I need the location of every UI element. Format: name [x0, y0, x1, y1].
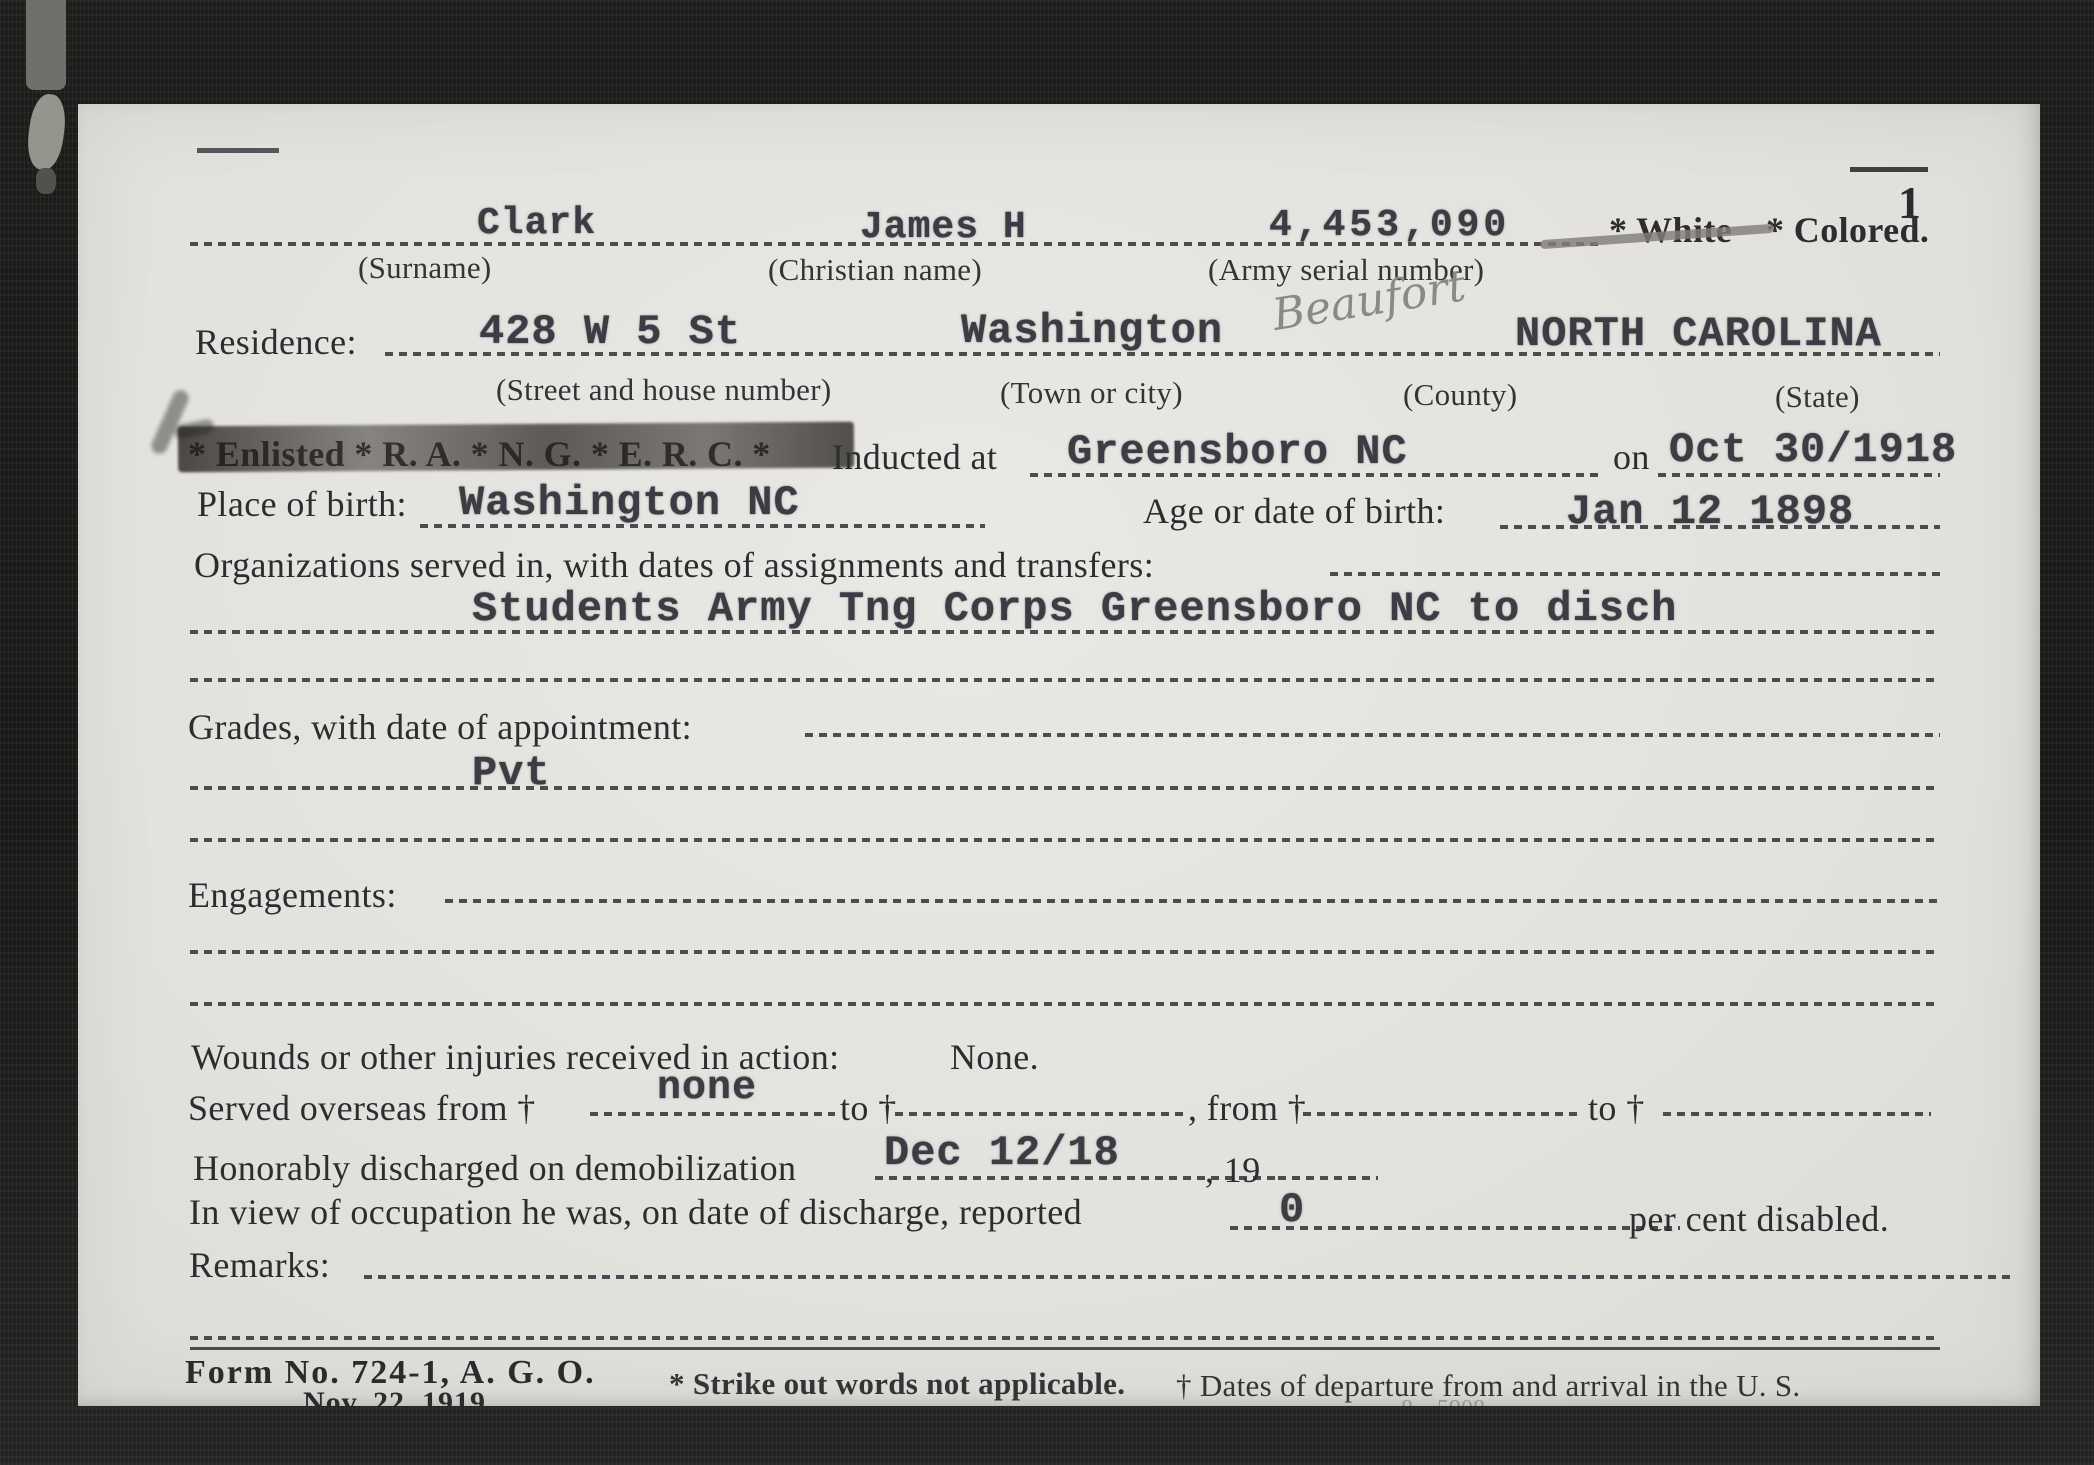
- dotted-rule: [190, 1336, 1940, 1340]
- surname-value: Clark: [477, 202, 596, 245]
- dotted-rule: [364, 1275, 2014, 1279]
- scanned-service-card-viewer: 1 Clark James H 4,453,090 * White * Colo…: [0, 0, 2094, 1465]
- crop-mark: [197, 148, 279, 153]
- christian-name-label: (Christian name): [768, 252, 982, 288]
- dotted-rule: [895, 1112, 1188, 1116]
- organizations-label: Organizations served in, with dates of a…: [194, 544, 1154, 586]
- induction-date-value: Oct 30/1918: [1669, 426, 1957, 474]
- surname-label: (Surname): [358, 250, 492, 286]
- edge-patch: [26, 0, 66, 90]
- grade-entry: Pvt: [472, 749, 551, 797]
- enlistment-blackout-mark: [178, 422, 854, 473]
- place-of-birth-label: Place of birth:: [197, 483, 407, 525]
- dotted-rule: [190, 786, 1940, 790]
- disability-percent-value: 0: [1279, 1186, 1305, 1234]
- dotted-rule: [590, 1112, 835, 1116]
- town-value: Washington: [961, 307, 1223, 355]
- state-label: (State): [1775, 379, 1860, 415]
- birth-date-value: Jan 12 1898: [1566, 488, 1854, 536]
- overseas-to1-label: to †: [840, 1087, 897, 1129]
- dotted-rule: [1278, 1176, 1378, 1180]
- disability-suffix-label: per cent disabled.: [1629, 1198, 1889, 1240]
- dagger-footnote: † Dates of departure from and arrival in…: [1176, 1368, 1800, 1404]
- dotted-rule: [1303, 1112, 1581, 1116]
- overseas-to2-label: to †: [1588, 1087, 1645, 1129]
- overseas-label: Served overseas from †: [188, 1087, 536, 1129]
- footer-rule: [190, 1347, 1940, 1350]
- organizations-entry: Students Army Tng Corps Greensboro NC to…: [472, 585, 1677, 633]
- print-code: 8—5908: [1401, 1396, 1485, 1406]
- street-label: (Street and house number): [496, 372, 831, 408]
- state-value: NORTH CAROLINA: [1515, 310, 1882, 358]
- street-value: 428 W 5 St: [479, 308, 741, 356]
- serial-number-value: 4,453,090: [1269, 204, 1510, 247]
- disability-label: In view of occupation he was, on date of…: [189, 1191, 1082, 1233]
- service-record-card: 1 Clark James H 4,453,090 * White * Colo…: [78, 104, 2040, 1406]
- grades-label: Grades, with date of appointment:: [188, 706, 692, 748]
- dotted-rule: [190, 1002, 1940, 1006]
- dotted-rule: [190, 838, 1940, 842]
- discharge-date-value: Dec 12/18: [884, 1129, 1120, 1177]
- place-of-birth-value: Washington NC: [459, 479, 800, 527]
- dotted-rule: [445, 899, 1940, 903]
- wounds-value: None.: [950, 1036, 1039, 1078]
- form-date: Nov. 22, 1919.: [303, 1386, 495, 1406]
- overseas-from-value: none: [657, 1066, 757, 1111]
- dotted-rule: [805, 733, 1940, 737]
- engagements-label: Engagements:: [188, 874, 397, 916]
- age-or-birthdate-label: Age or date of birth:: [1143, 490, 1445, 532]
- remarks-label: Remarks:: [189, 1244, 330, 1286]
- residence-label: Residence:: [195, 321, 357, 363]
- discharge-year-label: , 19: [1205, 1149, 1261, 1191]
- dotted-rule: [190, 242, 1600, 246]
- folio-rule: [1850, 167, 1928, 172]
- induction-place-value: Greensboro NC: [1067, 428, 1408, 476]
- edge-patch: [36, 168, 56, 194]
- dotted-rule: [1330, 572, 1940, 576]
- discharge-label: Honorably discharged on demobilization: [193, 1147, 796, 1189]
- overseas-from2-label: , from †: [1188, 1087, 1306, 1129]
- race-colored-option: * Colored.: [1766, 209, 1929, 251]
- county-label: (County): [1403, 377, 1517, 413]
- on-label: on: [1613, 436, 1650, 478]
- strikeout-footnote: * Strike out words not applicable.: [669, 1366, 1125, 1402]
- dotted-rule: [1663, 1112, 1931, 1116]
- dotted-rule: [190, 950, 1940, 954]
- town-label: (Town or city): [1000, 375, 1183, 411]
- inducted-at-label: Inducted at: [832, 436, 997, 478]
- dotted-rule: [190, 678, 1940, 682]
